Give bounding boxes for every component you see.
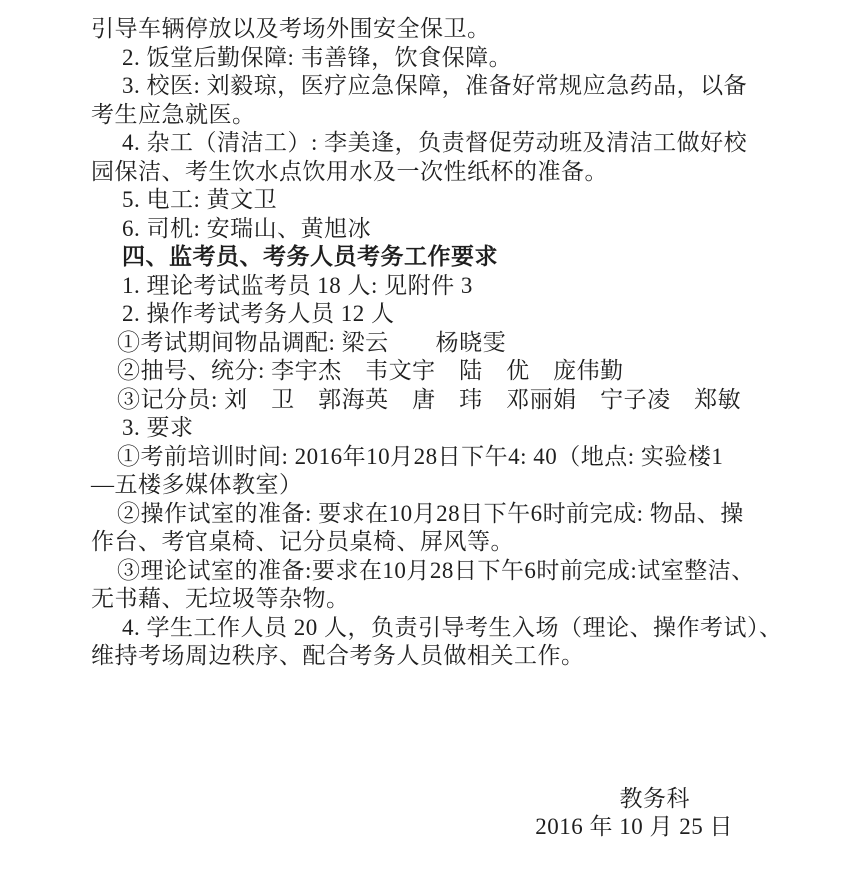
text-line: ③记分员: 刘 卫 郭海英 唐 玮 邓丽娟 宁子凌 郑敏: [91, 386, 850, 415]
text-line: 1. 理论考试监考员 18 人: 见附件 3: [91, 272, 850, 301]
text-line: 3. 校医: 刘毅琼，医疗应急保障，准备好常规应急药品，以备: [91, 72, 850, 101]
text-line: 2. 饭堂后勤保障: 韦善锋，饮食保障。: [91, 44, 850, 73]
text-line: ③理论试室的准备:要求在10月28日下午6时前完成:试室整洁、: [91, 557, 850, 586]
text-line: 作台、考官桌椅、记分员桌椅、屏风等。: [91, 528, 850, 557]
text-line: 5. 电工: 黄文卫: [91, 186, 850, 215]
text-line: 6. 司机: 安瑞山、黄旭冰: [91, 215, 850, 244]
text-line: ①考试期间物品调配: 梁云 杨晓雯: [91, 329, 850, 358]
signature-department: 教务科: [0, 785, 850, 814]
text-line: 引导车辆停放以及考场外围安全保卫。: [91, 15, 850, 44]
text-line: —五楼多媒体教室）: [91, 471, 850, 500]
document-page: 引导车辆停放以及考场外围安全保卫。2. 饭堂后勤保障: 韦善锋，饮食保障。3. …: [0, 0, 850, 893]
text-line: ①考前培训时间: 2016年10月28日下午4: 40（地点: 实验楼1: [91, 443, 850, 472]
text-line: 园保洁、考生饮水点饮用水及一次性纸杯的准备。: [91, 158, 850, 187]
text-line: ②操作试室的准备: 要求在10月28日下午6时前完成: 物品、操: [91, 500, 850, 529]
text-line: 4. 学生工作人员 20 人，负责引导考生入场（理论、操作考试）、: [91, 614, 850, 643]
signature-date: 2016 年 10 月 25 日: [0, 813, 850, 842]
text-line: 2. 操作考试考务人员 12 人: [91, 300, 850, 329]
text-line: 4. 杂工（清洁工）: 李美逢，负责督促劳动班及清洁工做好校: [91, 129, 850, 158]
text-line: 四、监考员、考务人员考务工作要求: [91, 243, 850, 272]
signature-block: 教务科 2016 年 10 月 25 日: [0, 785, 850, 842]
text-line: 维持考场周边秩序、配合考务人员做相关工作。: [91, 642, 850, 671]
text-line: ②抽号、统分: 李宇杰 韦文宇 陆 优 庞伟勤: [91, 357, 850, 386]
text-line: 无书藉、无垃圾等杂物。: [91, 585, 850, 614]
text-line: 3. 要求: [91, 414, 850, 443]
document-body: 引导车辆停放以及考场外围安全保卫。2. 饭堂后勤保障: 韦善锋，饮食保障。3. …: [0, 0, 850, 671]
text-line: 考生应急就医。: [91, 101, 850, 130]
